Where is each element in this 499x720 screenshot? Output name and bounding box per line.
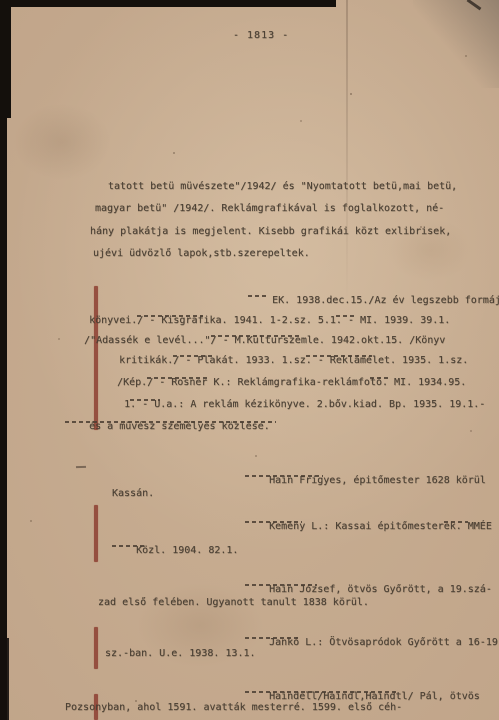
entry-continuation: sz.-ban. U.e. 1938. 13.1.: [105, 648, 256, 660]
scanned-document-page: - 1813 - tatott betü müvészete"/1942/ és…: [0, 0, 499, 720]
typed-underline: [245, 475, 323, 477]
scan-edge-left-top: [0, 0, 11, 118]
typed-underline: [130, 399, 160, 401]
entry-continuation: Kassán.: [112, 488, 154, 500]
entry-continuation-text: Közl. 1904. 82.1.: [136, 545, 238, 556]
text-line: tatott betü müvészete"/1942/ és "Nyomtat…: [108, 181, 457, 193]
text-line: magyar betü" /1942/. Reklámgrafikával is…: [95, 203, 444, 215]
text-line: ujévi üdvözlő lapok,stb.szerepeltek.: [93, 248, 310, 260]
entry-heading: Jankó L.: Ötvösapródok Győrött a 16-19.: [245, 625, 499, 673]
entry-continuation: Pozsonyban, ahol 1591. avatták mesterré.…: [65, 702, 402, 714]
typed-underline: [147, 377, 207, 379]
typed-underline: [137, 315, 203, 317]
entry-continuation: Közl. 1904. 82.1.: [112, 533, 238, 581]
paper-specks: [0, 0, 2, 2]
entry-heading: Kemény L.: Kassai épitőmesterek. MMÉE: [245, 509, 492, 569]
red-margin-mark: [94, 627, 98, 669]
typed-underline: [336, 315, 357, 317]
pencil-dash-mark: [76, 466, 86, 468]
text-line: hány plakátja is megjelent. Kisebb grafi…: [90, 226, 451, 238]
typed-underline: [65, 421, 276, 423]
typed-underline: [245, 637, 299, 639]
entry-heading: Hain József, ötvös Győrött, a 19.szá-: [245, 572, 492, 620]
bibliography-line: és a müvész személyes közlése.: [65, 409, 270, 457]
scan-edge-left-bottom: [0, 638, 9, 720]
scan-edge-top: [0, 0, 336, 7]
typed-underline: [245, 584, 317, 586]
typed-underline: [173, 355, 215, 357]
typed-underline: [444, 521, 468, 523]
page-corner-shadow: [413, 0, 499, 88]
typed-underline: [248, 295, 269, 297]
typed-underline: [245, 521, 302, 523]
typed-underline: [306, 355, 372, 357]
page-number: - 1813 -: [233, 30, 289, 42]
typed-underline: [245, 691, 396, 693]
typed-underline: [112, 545, 145, 547]
red-margin-mark: [94, 505, 98, 562]
typed-underline: [211, 335, 301, 337]
entry-heading: Hain Frigyes, épitőmester 1628 körül: [245, 463, 486, 511]
entry-heading-text: Jankó L.: Ötvösapródok Győrött a 16-19.: [269, 637, 499, 648]
entry-continuation: zad első felében. Ugyanott tanult 1838 k…: [98, 597, 369, 609]
paper-crease: [346, 0, 348, 300]
typed-underline: [370, 377, 391, 379]
